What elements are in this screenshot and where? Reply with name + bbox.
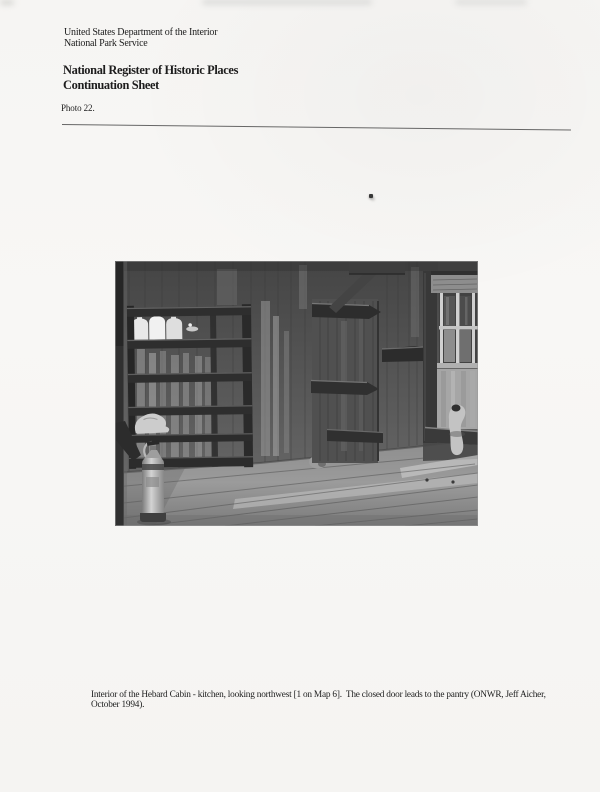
photo-caption: Interior of the Hebard Cabin - kitchen, … [91,690,546,711]
ink-speck [369,194,373,198]
title-line-1: National Register of Historic Places [63,63,238,78]
title-line-2: Continuation Sheet [63,78,238,93]
window-sill [437,363,478,369]
agency-line-1: United States Department of the Interior [64,28,217,39]
agency-line-2: National Park Service [64,39,217,50]
caption-line-2: October 1994). [91,700,546,710]
milk-jugs [132,315,182,342]
scan-smudge [455,0,527,5]
page-title: National Register of Historic Places Con… [63,63,238,93]
scan-smudge [0,0,14,5]
corner-post [423,271,437,443]
caption-line-1: Interior of the Hebard Cabin - kitchen, … [91,690,546,700]
agency-header: United States Department of the Interior… [64,28,217,49]
photo-number-label: Photo 22. [61,103,95,113]
scan-smudge [202,0,372,5]
photo-hebard-cabin-kitchen [115,261,478,526]
document-page: United States Department of the Interior… [0,0,600,792]
header-beam [349,261,405,274]
wall-beam [382,346,424,362]
horizontal-rule [62,124,571,131]
